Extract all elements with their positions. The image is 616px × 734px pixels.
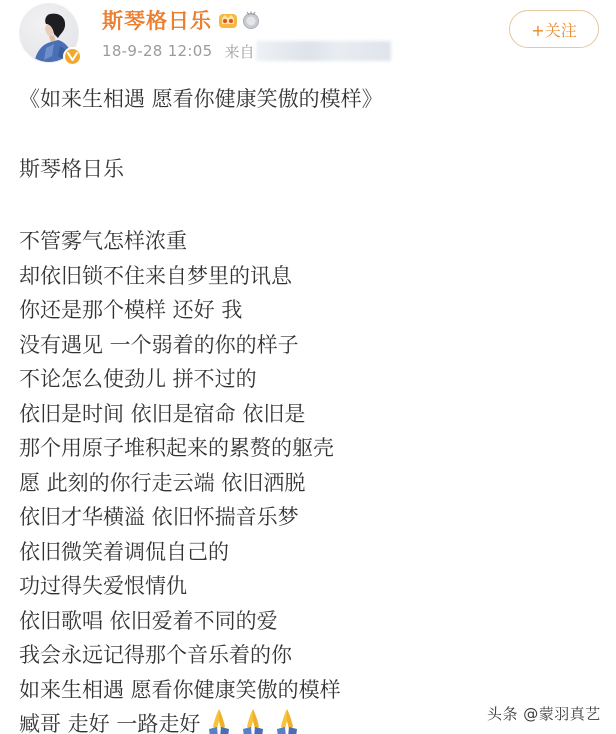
spacer bbox=[19, 116, 599, 152]
avatar[interactable] bbox=[19, 3, 83, 67]
lyric-text: 臧哥 走好 一路走好 bbox=[19, 712, 200, 734]
redacted-source bbox=[256, 41, 391, 61]
lyric-line: 那个用原子堆积起来的累赘的躯壳 bbox=[19, 431, 599, 466]
lyric-line: 依旧才华横溢 依旧怀揣音乐梦 bbox=[19, 500, 599, 535]
lyric-line: 功过得失爱恨情仇 bbox=[19, 569, 599, 604]
lyric-line: 我会永远记得那个音乐着的你 bbox=[19, 638, 599, 673]
emoji-row bbox=[204, 707, 302, 734]
username[interactable]: 斯琴格日乐 bbox=[102, 5, 212, 35]
post-meta: 18-9-28 12:05 来自 bbox=[102, 40, 391, 62]
lyric-line: 愿 此刻的你行走云端 依旧洒脱 bbox=[19, 466, 599, 501]
praying-hands-icon bbox=[204, 707, 234, 734]
username-row: 斯琴格日乐 bbox=[102, 6, 260, 34]
lyric-line: 如来生相遇 愿看你健康笑傲的模样 bbox=[19, 673, 599, 708]
lyric-line: 没有遇见 一个弱着的你的样子 bbox=[19, 328, 599, 363]
lyric-line: 依旧微笑着调侃自己的 bbox=[19, 535, 599, 570]
lyric-line: 依旧是时间 依旧是宿命 依旧是 bbox=[19, 397, 599, 432]
lyric-line: 不论怎么使劲儿 拼不过的 bbox=[19, 362, 599, 397]
crown-icon bbox=[218, 11, 238, 29]
lyric-line: 不管雾气怎样浓重 bbox=[19, 224, 599, 259]
post-body: 《如来生相遇 愿看你健康笑傲的模样》 斯琴格日乐 不管雾气怎样浓重 却依旧锁不住… bbox=[19, 82, 599, 734]
lyric-line: 你还是那个模样 还好 我 bbox=[19, 293, 599, 328]
post-header: 斯琴格日乐 18-9-28 12:05 来自 +关注 bbox=[0, 0, 616, 75]
watermark: 头条 @蒙羽真艺 bbox=[487, 703, 601, 724]
post-title: 《如来生相遇 愿看你健康笑傲的模样》 bbox=[19, 82, 599, 116]
spacer bbox=[19, 186, 599, 224]
praying-hands-icon bbox=[272, 707, 302, 734]
post-timestamp: 18-9-28 12:05 bbox=[102, 42, 212, 60]
lyric-line: 却依旧锁不住来自梦里的讯息 bbox=[19, 259, 599, 294]
praying-hands-icon bbox=[238, 707, 268, 734]
weibo-post: 斯琴格日乐 18-9-28 12:05 来自 +关注 《如来生相遇 愿看你健康笑… bbox=[0, 0, 616, 734]
post-author: 斯琴格日乐 bbox=[19, 152, 599, 186]
verified-badge-icon bbox=[63, 47, 82, 66]
follow-button[interactable]: +关注 bbox=[509, 10, 599, 48]
lyric-line: 依旧歌唱 依旧爱着不同的爱 bbox=[19, 604, 599, 639]
medal-icon bbox=[242, 11, 260, 29]
post-source-prefix: 来自 bbox=[224, 41, 254, 62]
